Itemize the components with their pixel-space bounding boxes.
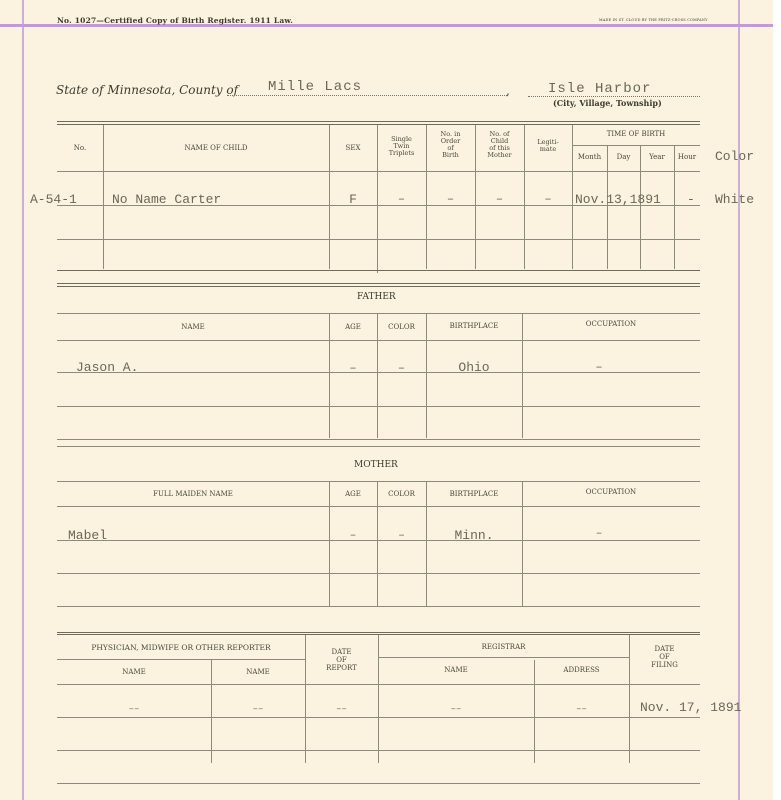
father-age-value[interactable]: –	[329, 361, 377, 375]
header-order-of-birth: No. inOrderofBirth	[426, 131, 475, 159]
county-value[interactable]: Mille Lacs	[268, 79, 362, 95]
header-time-of-birth: TIME OF BIRTH	[572, 130, 700, 138]
comma: ,	[506, 84, 510, 98]
child-single-value[interactable]: –	[377, 192, 426, 206]
mother-header-age: AGE	[329, 490, 377, 498]
margin-color-label: Color	[715, 149, 754, 164]
state-county-label: State of Minnesota, County of	[56, 83, 238, 97]
registrar-address-value[interactable]: ––	[534, 704, 629, 714]
county-dotted-line	[227, 95, 507, 96]
mother-color-value[interactable]: –	[377, 530, 426, 542]
child-of-mother-value[interactable]: –	[475, 192, 524, 206]
header-name-of-child: NAME OF CHILD	[103, 144, 329, 152]
child-name-value[interactable]: No Name Carter	[112, 192, 221, 207]
header-registrar: REGISTRAR	[378, 643, 629, 651]
mother-name-value[interactable]: Mabel	[68, 528, 107, 543]
place-caption: (City, Village, Township)	[553, 98, 662, 108]
father-name-value[interactable]: Jason A.	[76, 360, 138, 375]
header-reporter-name-2: NAME	[211, 668, 305, 676]
header-date-of-report: DATEOFREPORT	[305, 648, 378, 672]
mother-header-birthplace: BIRTHPLACE	[426, 490, 522, 498]
left-margin-rule	[22, 0, 24, 800]
mother-occupation-value[interactable]: –	[522, 528, 676, 540]
child-no-value[interactable]: A-54-1	[30, 192, 77, 207]
registrar-name-value[interactable]: ––	[378, 704, 534, 714]
mother-birthplace-value[interactable]: Minn.	[426, 528, 522, 543]
right-margin-rule	[738, 0, 740, 800]
father-header-occupation: OCCUPATION	[522, 320, 700, 328]
header-sex: SEX	[329, 144, 377, 152]
child-order-value[interactable]: –	[426, 192, 475, 206]
mother-header-occupation: OCCUPATION	[522, 488, 700, 496]
header-reporter-name-1: NAME	[57, 668, 211, 676]
header-hour: Hour	[674, 153, 700, 161]
place-value[interactable]: Isle Harbor	[548, 81, 651, 97]
father-color-value[interactable]: –	[377, 361, 426, 375]
child-sex-value[interactable]: F	[329, 192, 377, 207]
margin-color-value[interactable]: White	[715, 192, 754, 207]
header-year: Year	[640, 153, 674, 161]
child-legit-value[interactable]: –	[524, 192, 572, 206]
father-header-color: COLOR	[377, 323, 426, 331]
header-registrar-name: NAME	[378, 666, 534, 674]
header-child-of-mother: No. ofChildof thisMother	[475, 131, 524, 159]
father-header-age: AGE	[329, 323, 377, 331]
form-title: No. 1027—Certified Copy of Birth Registe…	[57, 16, 293, 25]
header-single-twin-triplets: SingleTwinTriplets	[377, 136, 426, 157]
father-header-birthplace: BIRTHPLACE	[426, 322, 522, 330]
child-hour-value[interactable]: -	[687, 192, 695, 207]
header-registrar-address: ADDRESS	[534, 666, 629, 674]
mother-header-full-maiden-name: FULL MAIDEN NAME	[57, 490, 329, 498]
mother-title: MOTHER	[354, 460, 398, 470]
reporter-name-2-value[interactable]: ––	[211, 704, 305, 714]
child-birth-date-value[interactable]: Nov.13,1891	[575, 192, 661, 207]
header-month: Month	[572, 153, 607, 161]
header-no: No.	[57, 144, 103, 152]
father-birthplace-value[interactable]: Ohio	[426, 360, 522, 375]
father-occupation-value[interactable]: –	[522, 360, 676, 374]
mother-header-color: COLOR	[377, 490, 426, 498]
date-of-report-value[interactable]: ––	[305, 704, 378, 714]
printer-imprint: MADE IN ST. CLOUD BY THE FRITZ-CROSS COM…	[599, 18, 708, 22]
header-day: Day	[607, 153, 640, 161]
reporter-name-1-value[interactable]: ––	[57, 704, 211, 714]
father-header-name: NAME	[57, 323, 329, 331]
father-title: FATHER	[357, 292, 396, 302]
header-date-of-filing: DATEOFFILING	[629, 645, 700, 669]
header-physician-midwife-reporter: PHYSICIAN, MIDWIFE OR OTHER REPORTER	[57, 644, 305, 652]
date-of-filing-value[interactable]: Nov. 17, 1891	[640, 700, 741, 715]
mother-age-value[interactable]: –	[329, 530, 377, 542]
birth-certificate-page: No. 1027—Certified Copy of Birth Registe…	[0, 0, 773, 800]
header-legitimate: Legiti-mate	[524, 139, 572, 153]
